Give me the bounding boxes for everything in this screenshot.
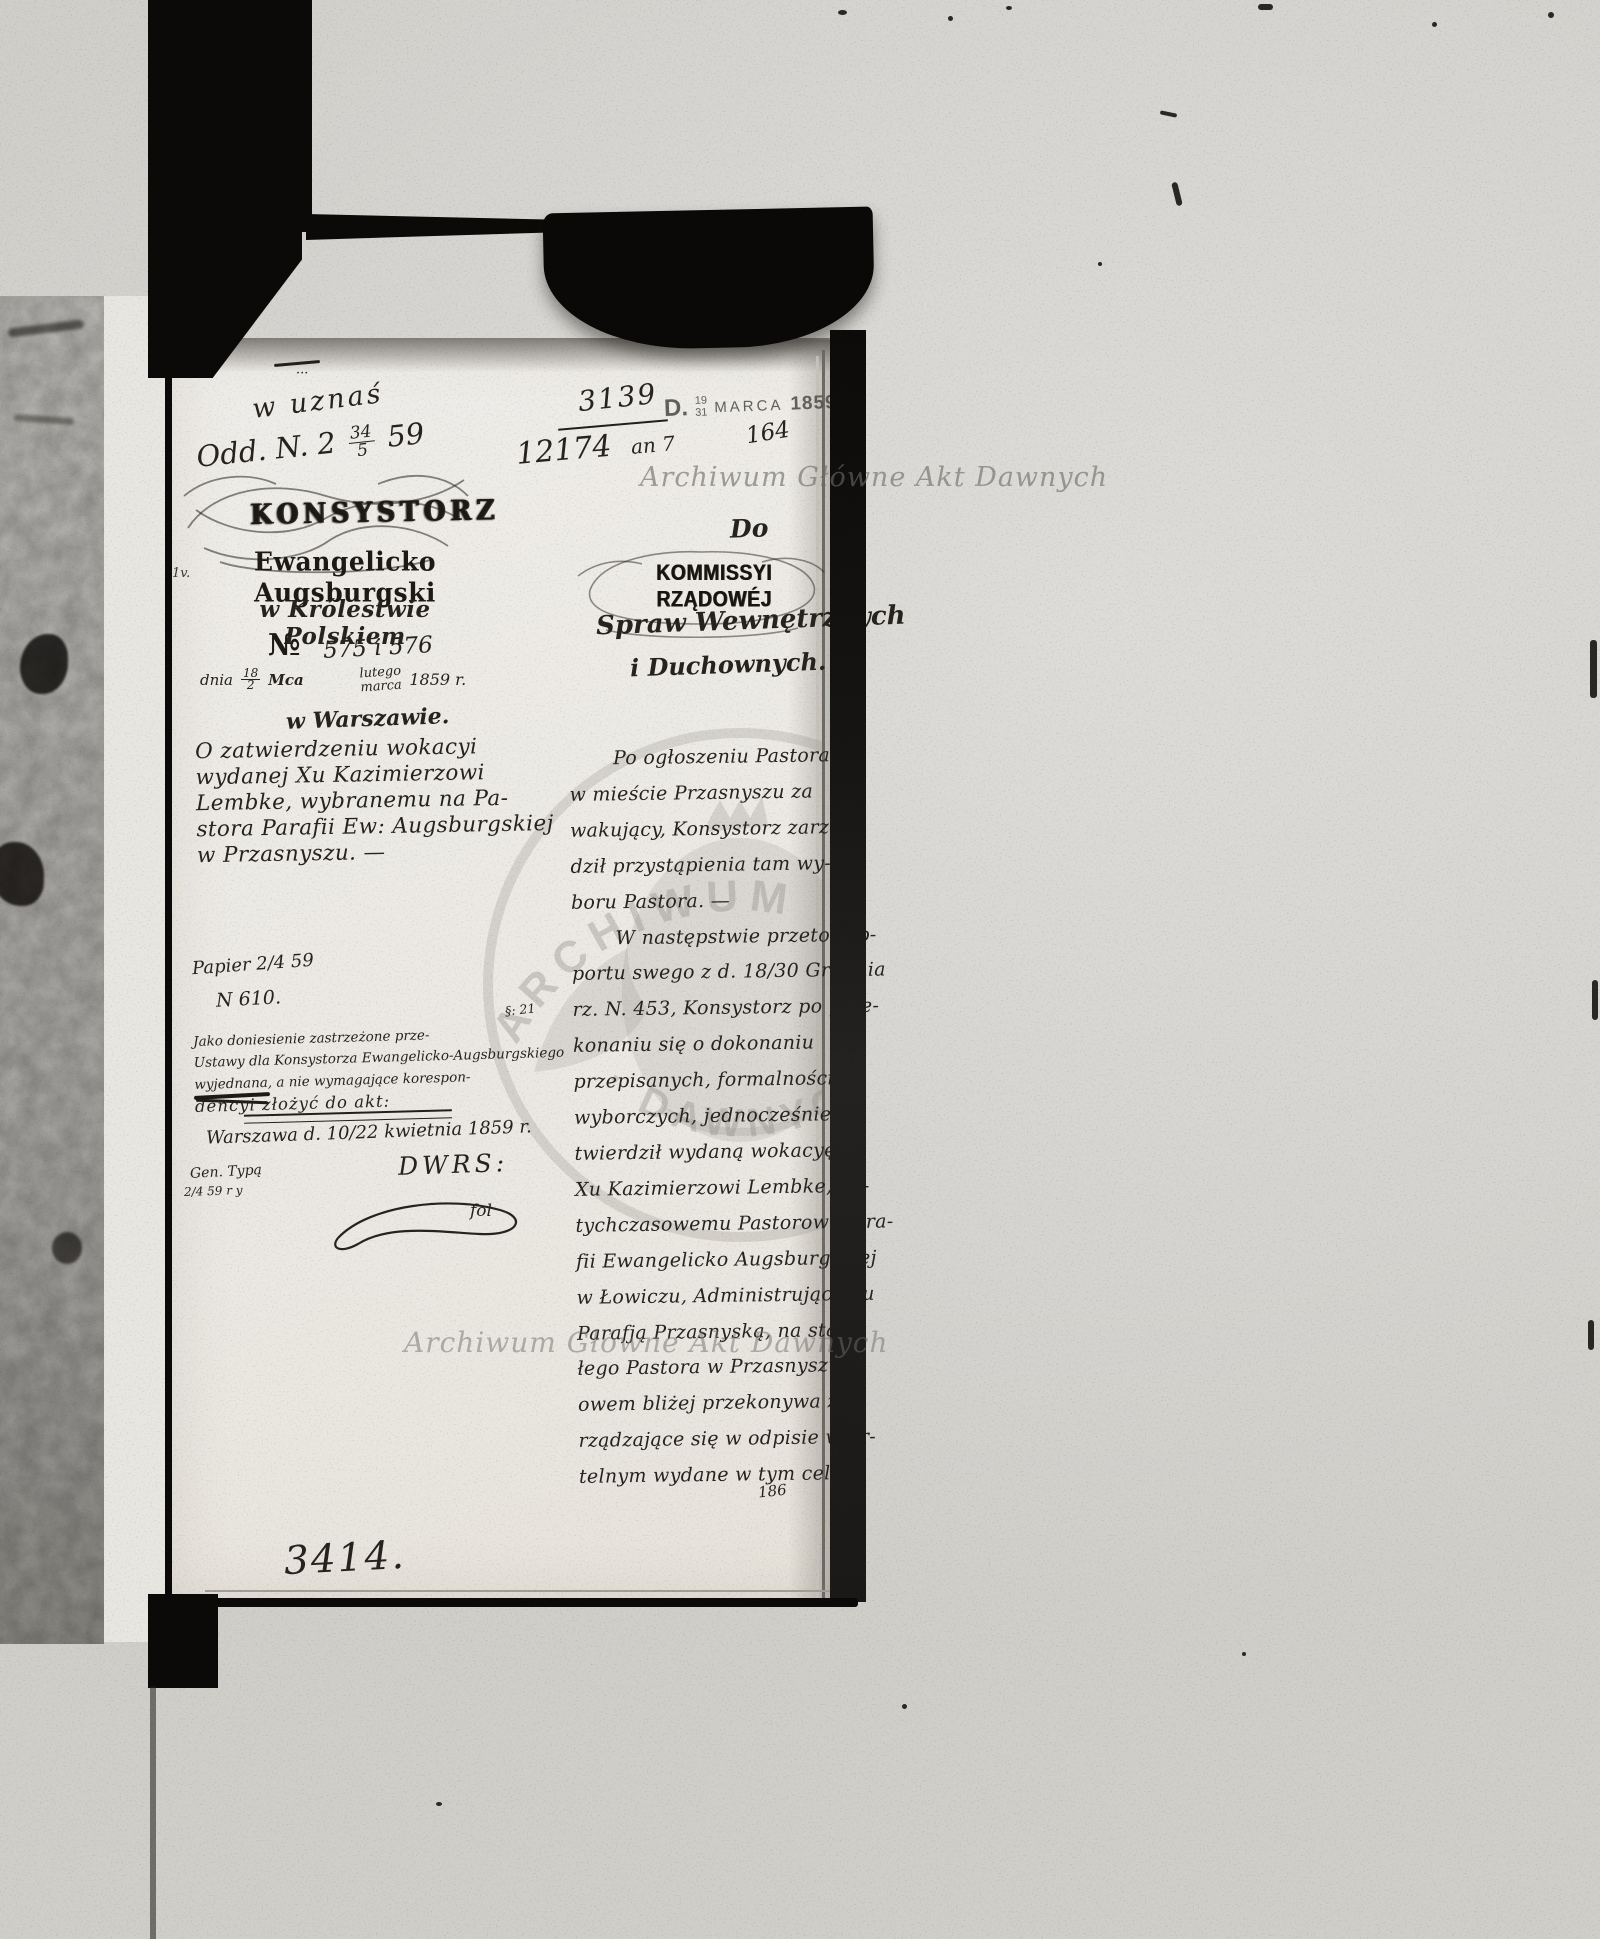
- body-line: telnym wydane w tym celu: [579, 1456, 847, 1496]
- frame-block-topleft: [148, 0, 312, 232]
- film-edge-mark: [1592, 980, 1598, 1020]
- reference-number-suffix: an 7: [630, 431, 676, 459]
- page-bottom-crease: [205, 1590, 845, 1592]
- side-small-number: 186: [757, 1481, 787, 1502]
- body-line: twierdził wydaną wokacyę: [574, 1133, 842, 1173]
- dust-mark: [1160, 110, 1177, 117]
- subject-paragraph: O zatwierdzeniu wokacyiwydanej Xu Kazimi…: [195, 733, 573, 869]
- body-line: wyborczych, jednocześnie za-: [574, 1097, 842, 1137]
- ink-smudge: [8, 319, 85, 337]
- body-line: fii Ewangelicko Augsburgskiej: [576, 1241, 844, 1281]
- margin-mark: 1v.: [172, 566, 190, 581]
- date-months: lutego marca: [359, 665, 402, 695]
- ink-blotch: [20, 634, 68, 694]
- body-line: w Łowiczu, Administrującemu: [576, 1277, 844, 1317]
- page-gutter-strip: [104, 296, 168, 1642]
- body-line: rządzające się w odpisie wier-: [578, 1420, 846, 1460]
- archival-document-photograph: ARCHIWUM · GŁÓWNE · DAWNYCH · w uznaś ··…: [0, 0, 1600, 1939]
- film-edge-mark: [1590, 640, 1597, 698]
- body-line: Xu Kazimierzowi Lembke, do-: [575, 1169, 843, 1209]
- letter-body: Po ogłoszeniu Pastoratuw mieście Przasny…: [569, 738, 848, 1496]
- dust-mark: [1171, 182, 1183, 207]
- bottom-number: 3414.: [283, 1533, 407, 1584]
- right-border-band: [830, 330, 866, 1602]
- dust-speck: [1258, 4, 1273, 10]
- consistory-title: KONSYSTORZ: [250, 494, 454, 530]
- body-line: w mieście Przasnyszu za: [569, 774, 837, 814]
- date-prefix: dnia: [200, 671, 233, 689]
- official-initials: DWRS:: [398, 1148, 509, 1181]
- dust-speck: [902, 1704, 907, 1709]
- body-line: boru Pastora. —: [571, 882, 839, 922]
- dust-speck: [948, 16, 953, 21]
- archive-watermark-middle: Archiwum Główne Akt Dawnych: [404, 1326, 889, 1359]
- date-fraction-bottom: 2: [247, 680, 255, 691]
- signature-text: fol: [468, 1201, 492, 1221]
- dust-speck: [1006, 6, 1012, 10]
- stamp-month: MARCA: [714, 396, 784, 415]
- number-value: 575 i 576: [322, 632, 433, 664]
- frame-top-blob: [543, 207, 876, 352]
- body-line: W następstwie przeto rap-: [571, 918, 839, 958]
- body-line: przepisanych, formalności: [573, 1061, 841, 1101]
- number-sign: №: [268, 628, 301, 663]
- dust-speck: [1548, 12, 1554, 18]
- frame-lower-left-line: [150, 1686, 156, 1939]
- body-line: owem bliżej przekonywa za-: [578, 1384, 846, 1424]
- note-paragraph-sign: §: 21: [504, 1000, 536, 1018]
- body-line: konaniu się o dokonaniu: [573, 1025, 841, 1065]
- body-line: dził przystąpienia tam wy-: [570, 846, 838, 886]
- stamp-letter: D.: [664, 394, 689, 423]
- date-mca: Mca: [268, 671, 303, 689]
- film-edge-mark: [1588, 1320, 1594, 1350]
- dust-speck: [1098, 262, 1102, 266]
- dust-speck: [1432, 22, 1437, 27]
- number-ref: N 610.: [215, 986, 281, 1011]
- stamp-day: 19 31: [695, 396, 708, 420]
- stamp-day-bottom: 31: [695, 408, 708, 420]
- date-line: dnia 18 2 Mca lutego marca 1859 r.: [200, 666, 466, 693]
- registry-fraction-bottom: 5: [356, 442, 368, 459]
- registry-year: 59: [386, 416, 426, 454]
- date-month-bottom: marca: [360, 678, 402, 694]
- signature-flourish: fol: [328, 1194, 542, 1260]
- registry-fraction: 34 5: [347, 424, 376, 460]
- frame-bottom-line: [210, 1598, 858, 1607]
- archive-watermark-top: Archiwum Główne Akt Dawnych: [640, 462, 1108, 493]
- frame-corner-block: [148, 1594, 218, 1688]
- frame-left-line: [165, 214, 172, 1604]
- dust-speck: [436, 1802, 442, 1806]
- body-line: portu swego z d. 18/30 Grudnia: [572, 954, 840, 994]
- ink-blotch: [52, 1232, 82, 1264]
- body-line: wakujący, Konsystorz zarzą-: [570, 810, 838, 850]
- document-number-line: № 575 i 576: [268, 628, 432, 663]
- body-line: rz. N. 453, Konsystorz po prze-: [572, 989, 840, 1029]
- date-year: 1859 r.: [409, 670, 466, 689]
- dust-speck: [838, 10, 847, 15]
- body-line: Po ogłoszeniu Pastoratu: [569, 738, 837, 778]
- adjacent-page: [0, 296, 104, 1644]
- dust-speck: [1242, 1652, 1246, 1656]
- clerk-mark-2: 2/4 59 r y: [184, 1183, 243, 1199]
- date-fraction: 18 2: [241, 668, 260, 692]
- ink-smudge: [14, 414, 74, 425]
- frame-top-wedge: [306, 214, 558, 240]
- body-line: tychczasowemu Pastorowi Para-: [575, 1205, 843, 1245]
- pen-dots: ···: [296, 366, 308, 381]
- ink-blotch: [0, 842, 44, 906]
